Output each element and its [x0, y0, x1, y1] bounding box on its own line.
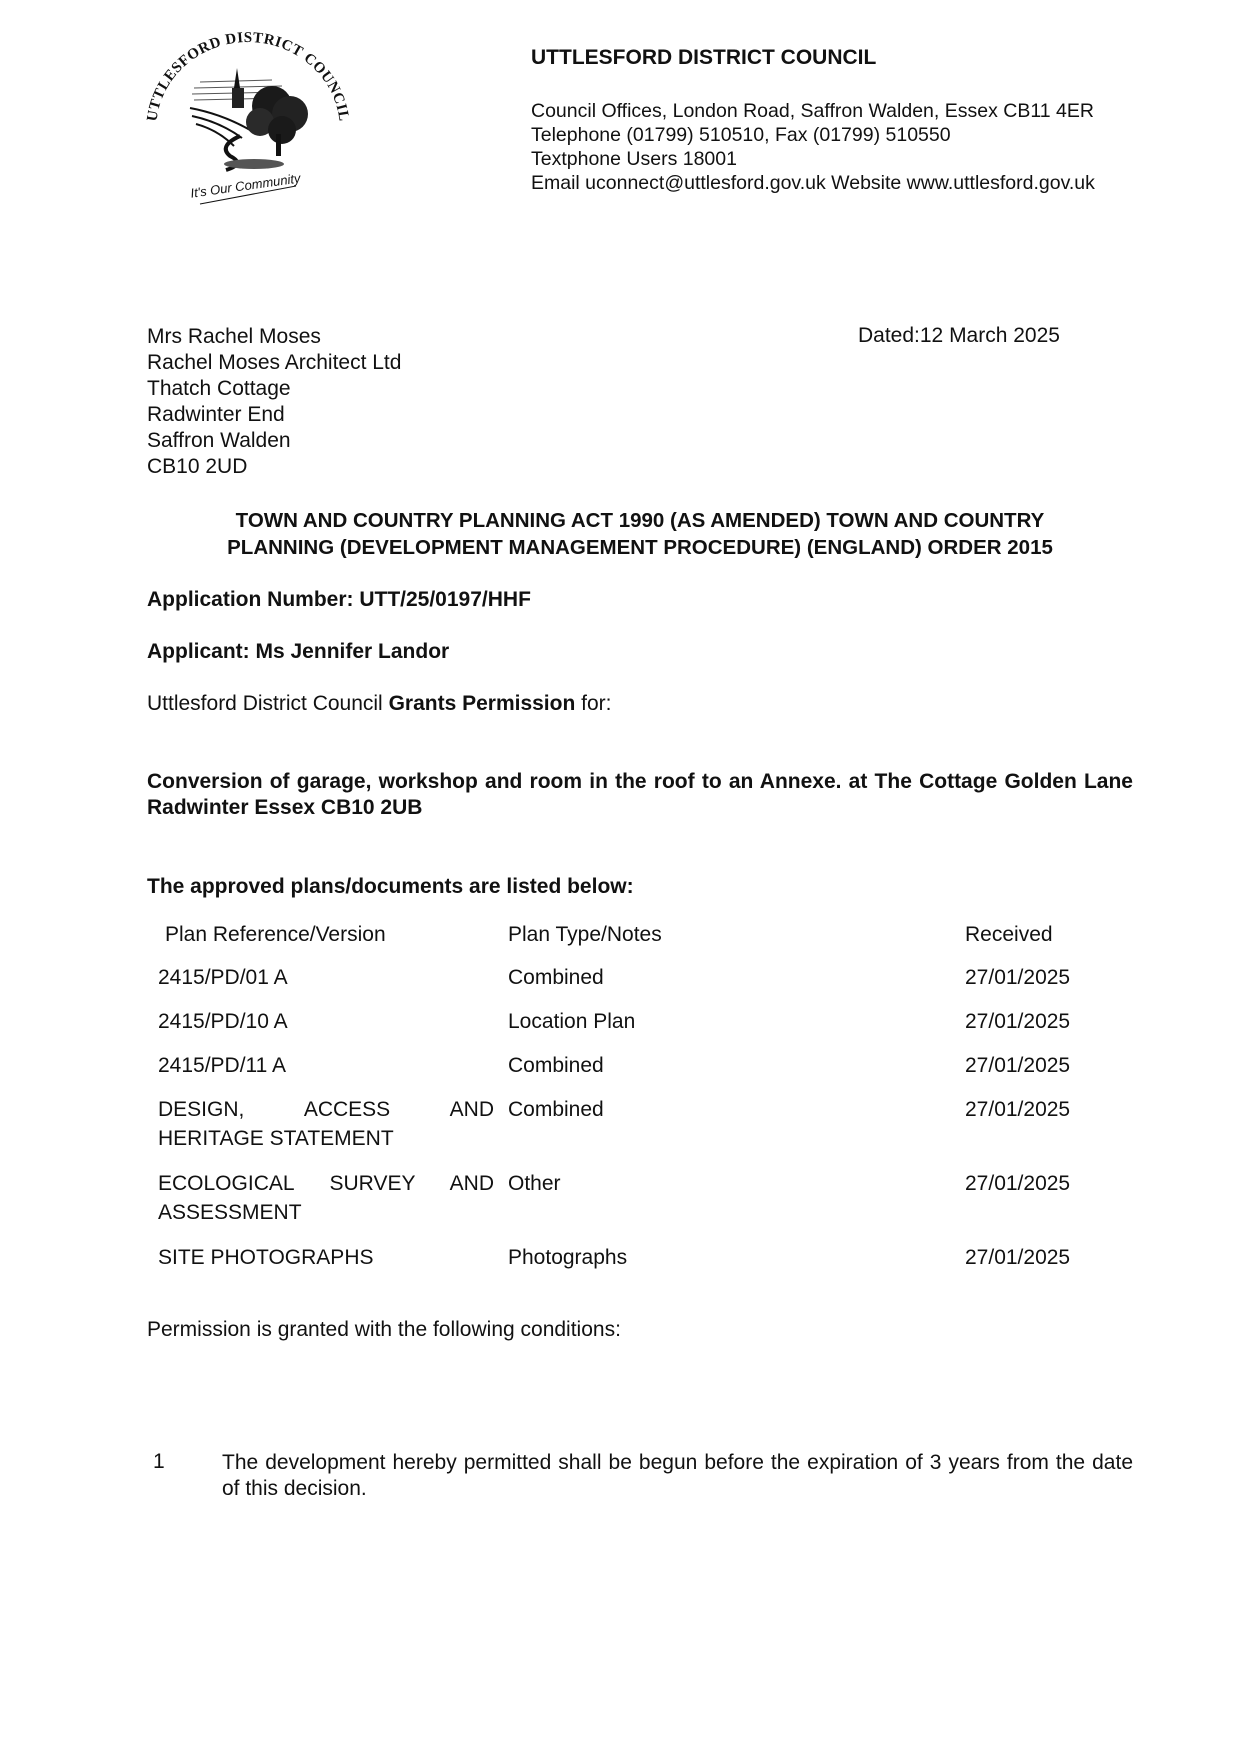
grant-statement: Uttlesford District Council Grants Permi…	[147, 692, 611, 716]
condition-text: The development hereby permitted shall b…	[222, 1450, 1133, 1502]
applicant: Applicant: Ms Jennifer Landor	[147, 640, 449, 664]
plan-received: 27/01/2025	[965, 1051, 1070, 1080]
column-header-reference: Plan Reference/Version	[165, 920, 501, 949]
logo-tagline: It's Our Community	[189, 170, 302, 200]
logo-arc-text: UTTLESFORD DISTRICT COUNCIL	[144, 30, 351, 123]
application-number: Application Number: UTT/25/0197/HHF	[147, 588, 531, 612]
council-logo: UTTLESFORD DISTRICT COUNCIL It's Our Com…	[142, 18, 354, 208]
plan-reference: 2415/PD/01 A	[158, 963, 494, 992]
plan-type: Photographs	[508, 1243, 627, 1272]
council-email-website: Email uconnect@uttlesford.gov.uk Website…	[531, 171, 1095, 195]
plan-reference: DESIGN, ACCESS AND HERITAGE STATEMENT	[158, 1095, 494, 1153]
organisation-name: UTTLESFORD DISTRICT COUNCIL	[531, 46, 876, 70]
condition-number: 1	[153, 1450, 165, 1474]
plan-received: 27/01/2025	[965, 1243, 1070, 1272]
recipient-name: Mrs Rachel Moses	[147, 324, 321, 350]
plan-reference: 2415/PD/11 A	[158, 1051, 494, 1080]
recipient-town: Saffron Walden	[147, 428, 291, 454]
plan-received: 27/01/2025	[965, 1169, 1070, 1198]
act-title-line-1: TOWN AND COUNTRY PLANNING ACT 1990 (AS A…	[147, 507, 1133, 534]
council-textphone: Textphone Users 18001	[531, 147, 737, 171]
plan-type: Combined	[508, 963, 604, 992]
column-header-received: Received	[965, 920, 1053, 949]
plan-received: 27/01/2025	[965, 1095, 1070, 1124]
grant-decision: Grants Permission	[389, 692, 576, 715]
recipient-postcode: CB10 2UD	[147, 454, 247, 480]
plans-heading: The approved plans/documents are listed …	[147, 875, 634, 899]
plan-received: 27/01/2025	[965, 1007, 1070, 1036]
plan-reference: SITE PHOTOGRAPHS	[158, 1243, 494, 1272]
svg-text:UTTLESFORD DISTRICT COUNCIL: UTTLESFORD DISTRICT COUNCIL	[144, 30, 351, 123]
column-header-type: Plan Type/Notes	[508, 920, 662, 949]
conditions-intro: Permission is granted with the following…	[147, 1318, 621, 1342]
recipient-address-line: Thatch Cottage	[147, 376, 291, 402]
plan-reference: 2415/PD/10 A	[158, 1007, 494, 1036]
plan-type: Other	[508, 1169, 561, 1198]
plan-reference: ECOLOGICAL SURVEY AND ASSESSMENT	[158, 1169, 494, 1227]
act-title: TOWN AND COUNTRY PLANNING ACT 1990 (AS A…	[147, 507, 1133, 561]
letter-date: Dated:12 March 2025	[858, 324, 1060, 348]
plan-type: Combined	[508, 1051, 604, 1080]
plan-type: Combined	[508, 1095, 604, 1124]
proposal-description: Conversion of garage, workshop and room …	[147, 769, 1133, 821]
grant-suffix: for:	[575, 692, 611, 715]
act-title-line-2: PLANNING (DEVELOPMENT MANAGEMENT PROCEDU…	[147, 534, 1133, 561]
plan-received: 27/01/2025	[965, 963, 1070, 992]
recipient-address-line: Radwinter End	[147, 402, 285, 428]
grant-prefix: Uttlesford District Council	[147, 692, 389, 715]
plan-type: Location Plan	[508, 1007, 635, 1036]
recipient-company: Rachel Moses Architect Ltd	[147, 350, 401, 376]
council-address: Council Offices, London Road, Saffron Wa…	[531, 99, 1094, 123]
council-telephone: Telephone (01799) 510510, Fax (01799) 51…	[531, 123, 951, 147]
